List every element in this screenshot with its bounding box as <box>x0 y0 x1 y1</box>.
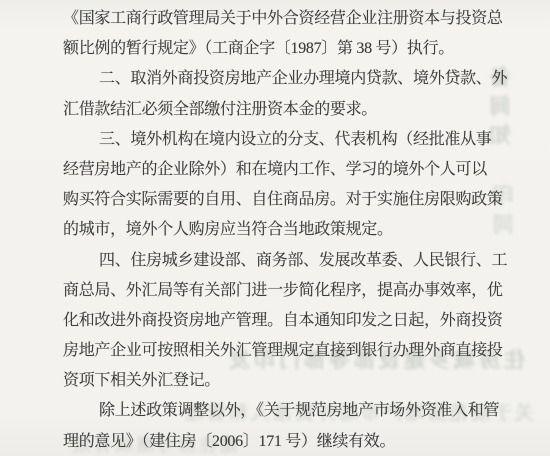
text-line: 化和改进外商投资房地产管理。自本通知印发之日起，外商投资 <box>63 306 508 336</box>
text-line: 资项下相关外汇登记。 <box>63 366 508 396</box>
text-line: 的城市，境外个人购房应当符合当地政策规定。 <box>63 215 508 245</box>
text-line: 《国家工商行政管理局关于中外合资经营企业注册资本与投资总 <box>63 4 508 34</box>
text-line: 房地产企业可按照相关外汇管理规定直接到银行办理外商直接投 <box>63 336 508 366</box>
text-line: 汇借款结汇必须全部缴付注册资本金的要求。 <box>63 95 508 125</box>
text-line: 经营房地产的企业除外）和在境内工作、学习的境外个人可以 <box>63 155 508 185</box>
document-page: 备间知 印同 住房城乡建设部等部门印发 关于规范房地产市场外资准入和管理 建住房… <box>0 0 550 456</box>
text-line: 二、取消外商投资房地产企业办理境内贷款、境外贷款、外 <box>63 64 508 94</box>
text-line: 额比例的暂行规定》（工商企字〔1987〕第 38 号）执行。 <box>63 34 508 64</box>
text-line: 除上述政策调整以外，《关于规范房地产市场外资准入和管 <box>63 396 508 426</box>
document-text: 《国家工商行政管理局关于中外合资经营企业注册资本与投资总 额比例的暂行规定》（工… <box>63 4 508 456</box>
text-line: 四、住房城乡建设部、商务部、发展改革委、人民银行、工 <box>63 246 508 276</box>
text-line: 三、境外机构在境内设立的分支、代表机构（经批准从事 <box>63 125 508 155</box>
text-line: 商总局、外汇局等有关部门进一步简化程序，提高办事效率，优 <box>63 276 508 306</box>
text-line: 理的意见》（建住房〔2006〕171 号）继续有效。 <box>63 427 508 456</box>
text-line: 购买符合实际需要的自用、自住商品房。对于实施住房限购政策 <box>63 185 508 215</box>
